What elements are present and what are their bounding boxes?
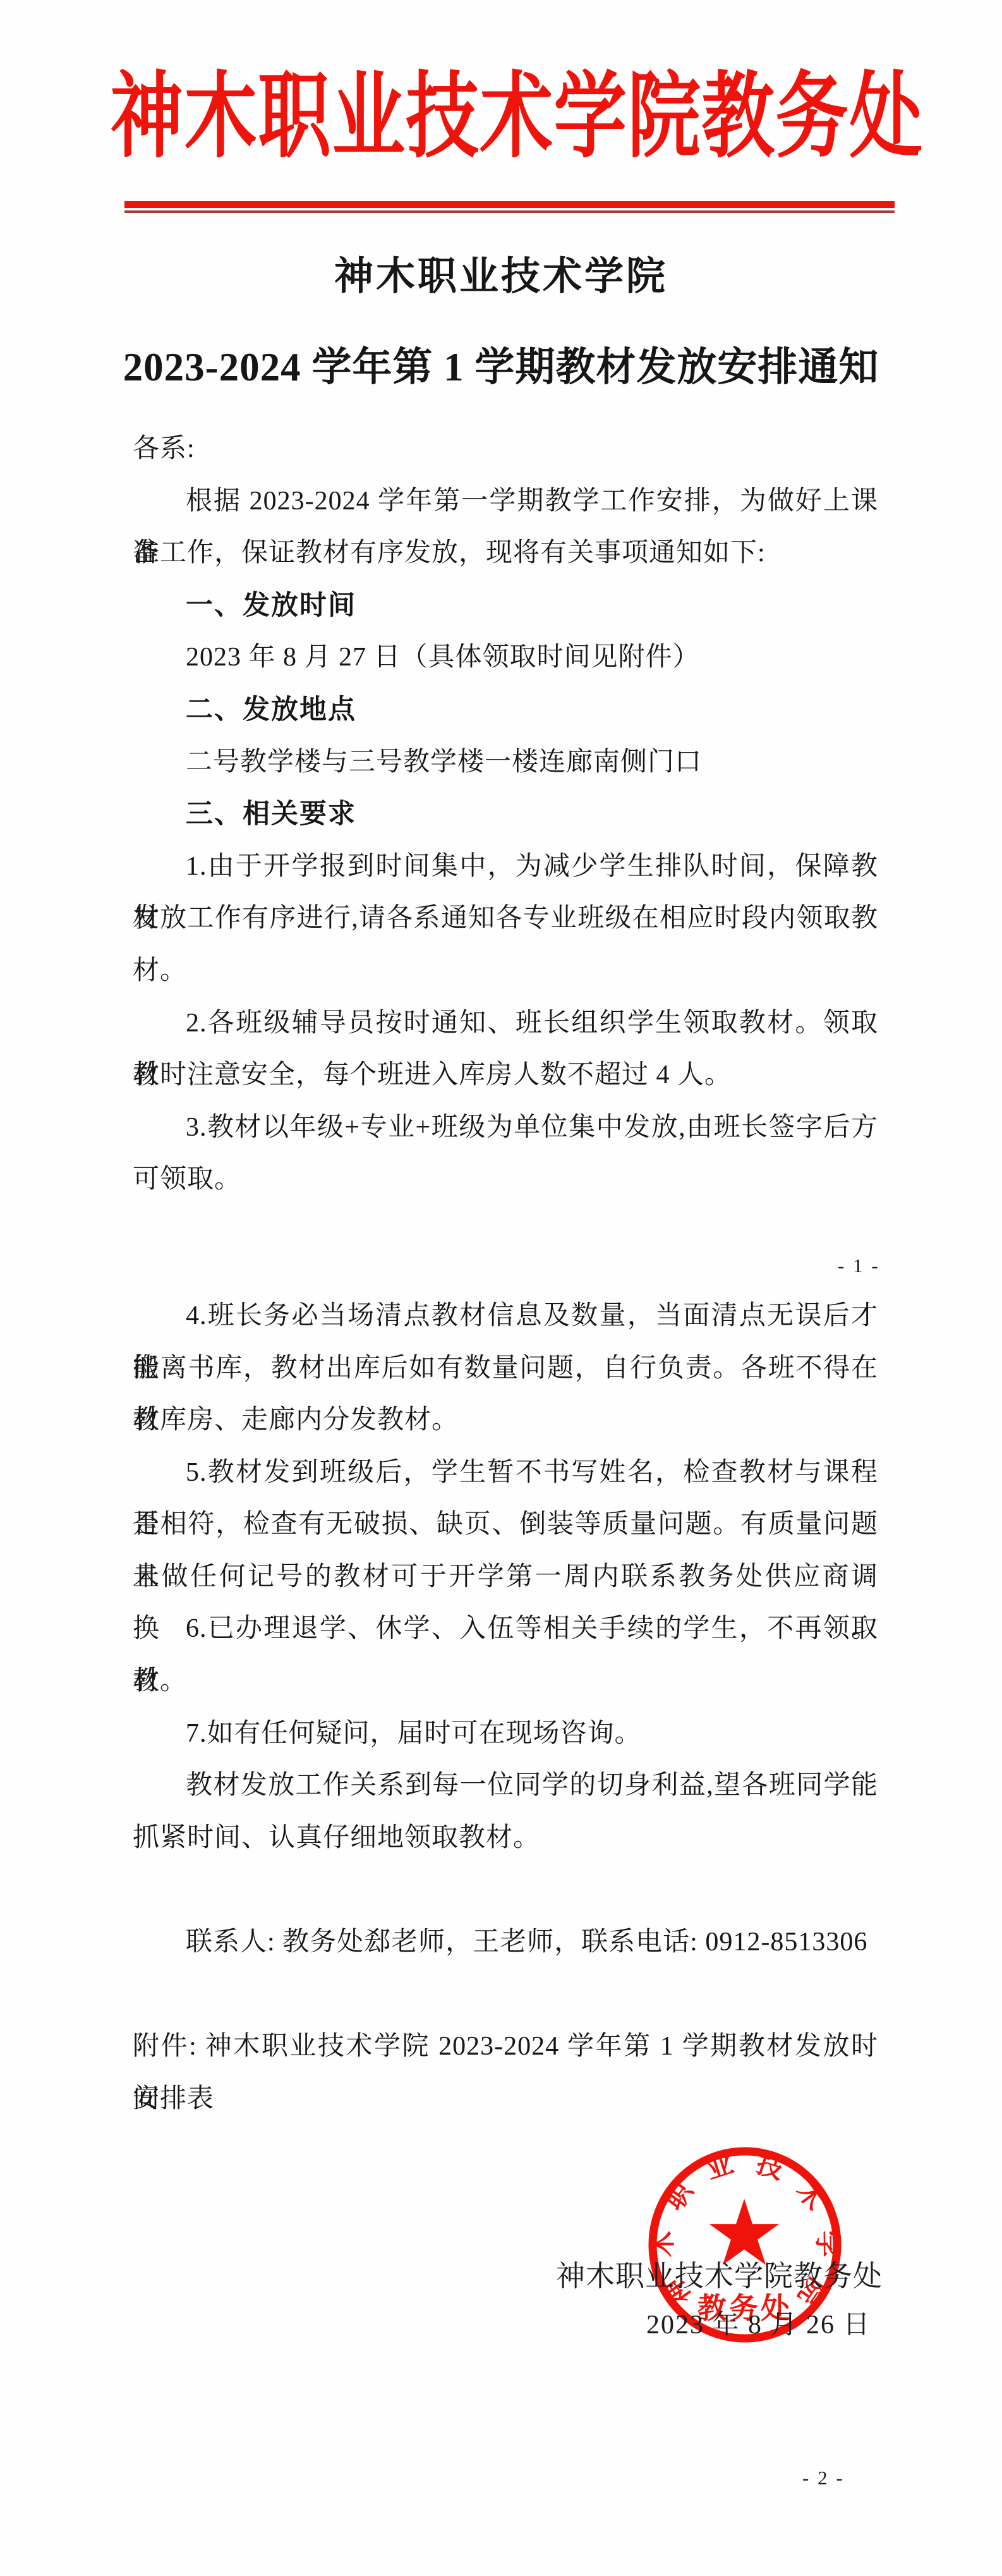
attachment-line: 附件: 神木职业技术学院 2023-2024 学年第 1 学期教材发放时间 <box>133 2020 878 2073</box>
body-line: 4.班长务必当场清点教材信息及数量，当面清点无误后才能 <box>133 1290 878 1342</box>
body-line: 备工作，保证教材有序发放，现将有关事项通知如下: <box>133 527 878 580</box>
svg-text:木: 木 <box>648 2230 679 2257</box>
page-break-gap <box>133 1206 878 1290</box>
contact-line: 联系人: 教务处郄老师，王老师，联系电话: 0912-8513306 <box>133 1916 878 1969</box>
blank-line <box>133 1864 878 1916</box>
letterhead-title: 神木职业技术学院教务处 <box>110 66 891 169</box>
notice-document-page: 神木职业技术学院教务处 神木职业技术学院 2023-2024 学年第 1 学期教… <box>0 0 1002 2576</box>
body-line: 1.由于开学报到时间集中，为减少学生排队时间，保障教材 <box>133 841 878 893</box>
body-line: 根据 2023-2024 学年第一学期教学工作安排，为做好上课准 <box>133 475 878 528</box>
body-line: 3.教材以年级+专业+班级为单位集中发放,由班长签字后方 <box>133 1102 878 1154</box>
document-body: 各系: 根据 2023-2024 学年第一学期教学工作安排，为做好上课准 备工作… <box>133 423 878 2125</box>
svg-text:学: 学 <box>812 2230 842 2257</box>
body-line: 二号教学楼与三号教学楼一楼连廊南侧门口 <box>133 736 878 789</box>
signature-date: 2023 年 8 月 26 日 <box>646 2307 871 2343</box>
letterhead-rule-thin <box>124 210 895 213</box>
body-line: 教材发放工作关系到每一位同学的切身利益,望各班同学能 <box>133 1759 878 1812</box>
salutation: 各系: <box>133 423 878 475</box>
document-org-title: 神木职业技术学院 <box>0 254 1002 300</box>
attachment-line-2: 安排表 <box>133 2073 878 2125</box>
body-line: 材。 <box>133 1655 878 1708</box>
signature-org: 神木职业技术学院教务处 <box>556 2257 883 2295</box>
section-heading: 三、相关要求 <box>133 788 878 841</box>
section-heading: 二、发放地点 <box>133 684 878 736</box>
body-line: 否相符，检查有无破损、缺页、倒装等质量问题。有质量问题且 <box>133 1498 878 1551</box>
body-line: 搬离书库，教材出库后如有数量问题，自行负责。各班不得在教 <box>133 1342 878 1395</box>
letterhead-rule-thick <box>124 201 895 208</box>
body-line: 7.如有任何疑问，届时可在现场咨询。 <box>133 1708 878 1760</box>
svg-text:职: 职 <box>659 2177 699 2216</box>
svg-text:术: 术 <box>791 2177 831 2216</box>
body-line: 可领取。 <box>133 1153 878 1206</box>
section-heading: 一、发放时间 <box>133 580 878 632</box>
body-line: 5.教材发到班级后，学生暂不书写姓名，检查教材与课程是 <box>133 1447 878 1499</box>
body-line: 未做任何记号的教材可于开学第一周内联系教务处供应商调换。 <box>133 1551 878 1603</box>
body-line: 2.各班级辅导员按时通知、班长组织学生领取教材。领取教 <box>133 997 878 1050</box>
body-line: 发放工作有序进行,请各系通知各专业班级在相应时段内领取教 <box>133 892 878 945</box>
body-line: 6.已办理退学、休学、入伍等相关手续的学生，不再领取教 <box>133 1603 878 1655</box>
document-notice-title: 2023-2024 学年第 1 学期教材发放安排通知 <box>0 344 1002 391</box>
body-line: 材时注意安全，每个班进入库房人数不超过 4 人。 <box>133 1049 878 1102</box>
body-line: 材。 <box>133 945 878 997</box>
blank-line <box>133 1969 878 2021</box>
red-star-icon <box>709 2199 779 2265</box>
body-line: 2023 年 8 月 27 日（具体领取时间见附件） <box>133 631 878 684</box>
body-line: 材库房、走廊内分发教材。 <box>133 1394 878 1447</box>
body-line: 抓紧时间、认真仔细地领取教材。 <box>133 1812 878 1864</box>
page-number-2: - 2 - <box>802 2467 845 2489</box>
